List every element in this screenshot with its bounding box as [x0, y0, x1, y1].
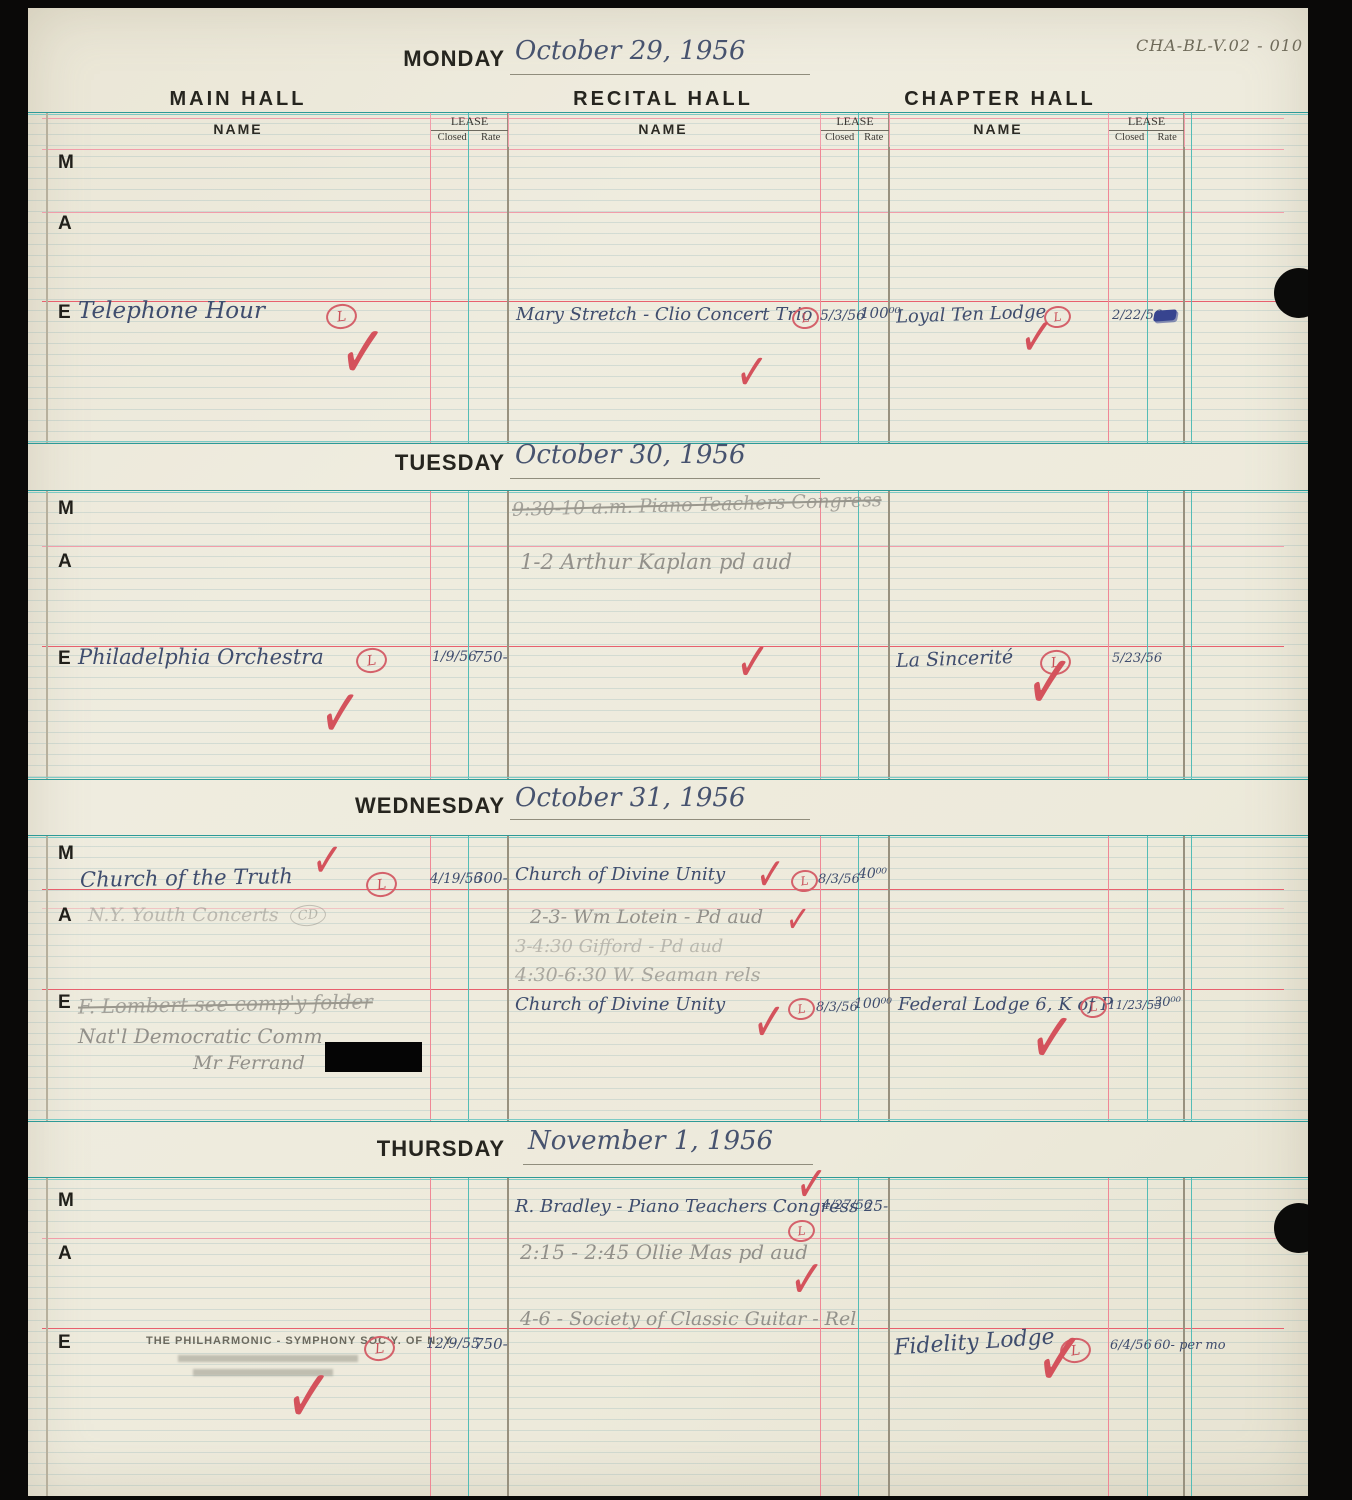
row-label-afternoon: A [58, 213, 72, 235]
red-checkmark: ✓ [1022, 638, 1076, 731]
lease-rate: 25- [864, 1197, 888, 1215]
tuesday-table-grid [28, 490, 1308, 780]
row-label-evening: E [58, 1332, 71, 1354]
entry-recital-evening: Mary Stretch - Clio Concert Trio [516, 304, 812, 325]
column-rule-gray [1183, 113, 1185, 443]
lease-closed-date: 6/4/56 [1110, 1338, 1152, 1353]
column-rule-teal [1147, 1178, 1148, 1496]
ink-scribble [1153, 309, 1177, 322]
struck-entry-main-evening: F. Lombert see comp'y folder [78, 989, 373, 1018]
column-rule-teal [1147, 836, 1148, 1121]
row-label-evening: E [58, 302, 71, 324]
red-checkmark: ✓ [734, 344, 769, 401]
red-checkmark: ✓ [785, 899, 811, 941]
lease-divider [821, 130, 889, 131]
ruled-line [42, 118, 1284, 119]
row-label-afternoon: A [58, 1243, 72, 1265]
closed-label: Closed [431, 132, 473, 143]
redaction-box [325, 1042, 422, 1072]
main-hall-title: MAIN HALL [138, 88, 338, 111]
date-underline [510, 74, 810, 75]
column-rule-red [1108, 113, 1109, 443]
red-checkmark: ✓ [788, 1250, 825, 1310]
ruled-line [42, 989, 1284, 990]
page-reference-number: CHA-BL-V.02 - 010 [1136, 36, 1303, 55]
main-evening-note-2: Mr Ferrand [193, 1052, 305, 1074]
row-label-morning: M [58, 498, 74, 520]
scanned-ledger-page: MONDAY October 29, 1956 CHA-BL-V.02 - 01… [0, 0, 1352, 1500]
rate-label: Rate [858, 132, 889, 143]
column-rule-gray [507, 113, 509, 443]
column-rule-teal [1191, 1178, 1192, 1496]
day-label-monday: MONDAY [308, 46, 505, 72]
lease-header-recital: LEASE Closed Rate [820, 113, 890, 147]
red-checkmark: ✓ [337, 309, 388, 398]
lease-label: LEASE [1109, 114, 1184, 129]
column-rule-teal [468, 491, 469, 779]
recital-afternoon-note-3: 4:30-6:30 W. Seaman rels [515, 964, 760, 986]
column-rule-ltgray [46, 1178, 48, 1496]
column-rule-red [820, 1178, 821, 1496]
lease-label: LEASE [821, 114, 889, 129]
entry-main-evening: Philadelphia Orchestra [78, 645, 324, 669]
lease-rate: 60- per mo [1154, 1338, 1226, 1353]
ruled-line [42, 1238, 1284, 1239]
chapter-hall-title: CHAPTER HALL [900, 88, 1100, 111]
philharmonic-stamp: THE PHILHARMONIC - SYMPHONY SOC'Y. OF N.… [146, 1335, 455, 1347]
column-rule-teal [858, 1178, 859, 1496]
lease-closed-date: 1/9/56 [432, 649, 477, 665]
entry-recital-evening: Church of Divine Unity [515, 994, 725, 1015]
column-rule-teal [858, 491, 859, 779]
recital-mid-note: 4-6 - Society of Classic Guitar - Rel [520, 1308, 856, 1330]
column-rule-teal [858, 113, 859, 443]
column-rule-gray [1183, 1178, 1185, 1496]
ruled-line [42, 546, 1284, 547]
name-header-recital: NAME [563, 121, 763, 137]
name-header-chapter: NAME [898, 121, 1098, 137]
punch-hole-stub [1298, 1220, 1308, 1235]
column-rule-red [430, 113, 431, 443]
entry-recital-morning: Church of Divine Unity [515, 864, 725, 885]
day-label-thursday: THURSDAY [308, 1136, 505, 1162]
lease-rate: 750- [474, 648, 508, 666]
main-evening-note-1: Nat'l Democratic Comm [78, 1024, 323, 1048]
column-rule-red [820, 113, 821, 443]
row-label-morning: M [58, 1190, 74, 1212]
red-checkmark: ✓ [751, 992, 786, 1053]
lease-divider [1109, 130, 1184, 131]
ruled-line [42, 149, 1284, 150]
row-label-evening: E [58, 992, 71, 1014]
lease-header-main: LEASE Closed Rate [430, 113, 509, 147]
ruled-line [42, 212, 1284, 213]
lease-closed-date: 8/3/56 [816, 1000, 858, 1015]
date-underline [523, 1164, 813, 1165]
column-rule-red [1108, 1178, 1109, 1496]
date-underline [510, 819, 810, 820]
lease-rate: 300- [474, 869, 508, 887]
red-checkmark: ✓ [1027, 996, 1077, 1082]
red-checkmark: ✓ [318, 675, 363, 753]
red-checkmark: ✓ [1032, 1315, 1086, 1408]
lease-label: LEASE [431, 114, 508, 129]
entry-recital-afternoon: 2:15 - 2:45 Ollie Mas pd aud [520, 1240, 808, 1264]
lease-divider [431, 130, 508, 131]
red-checkmark: ✓ [1018, 308, 1056, 369]
column-rule-gray [1183, 491, 1185, 779]
lease-closed-date: 8/3/56 [818, 872, 860, 887]
column-rule-red [1108, 836, 1109, 1121]
entry-main-morning: Church of the Truth [80, 864, 293, 892]
entry-main-evening: Telephone Hour [78, 298, 265, 324]
monday-table-grid [28, 112, 1308, 444]
date-underline [510, 478, 820, 479]
entry-chapter-evening: La Sincerité [896, 646, 1014, 672]
column-rule-teal [1191, 491, 1192, 779]
lease-closed-date: 5/23/56 [1112, 651, 1162, 666]
lease-rate: 750- [474, 1335, 508, 1353]
column-rule-teal [1191, 836, 1192, 1121]
punch-hole-stub [1298, 285, 1308, 300]
column-rule-teal [1147, 113, 1148, 443]
date-thursday: November 1, 1956 [528, 1126, 773, 1156]
column-rule-red [1108, 491, 1109, 779]
red-checkmark: ✓ [283, 1353, 334, 1442]
rate-label: Rate [1150, 132, 1184, 143]
column-rule-red [430, 491, 431, 779]
red-checkmark: ✓ [310, 835, 343, 889]
column-rule-gray [507, 491, 509, 779]
column-rule-gray [888, 836, 890, 1121]
red-checkmark: ✓ [755, 850, 786, 900]
column-rule-teal [1191, 113, 1192, 443]
row-label-morning: M [58, 152, 74, 174]
lease-rate: 100⁰⁰ [860, 304, 901, 322]
column-rule-ltgray [46, 491, 48, 779]
lease-closed-date: 5/3/56 [820, 308, 865, 324]
row-label-morning: M [58, 843, 74, 865]
column-rule-gray [888, 491, 890, 779]
row-label-afternoon: A [58, 905, 72, 927]
date-monday: October 29, 1956 [515, 36, 745, 66]
lease-closed-date: 12/9/55 [426, 1336, 480, 1352]
row-label-afternoon: A [58, 551, 72, 573]
name-header-main: NAME [138, 121, 338, 137]
entry-main-afternoon-pencil: N.Y. Youth Concerts [88, 904, 279, 926]
closed-label: Closed [821, 132, 858, 143]
date-wednesday: October 31, 1956 [515, 783, 745, 813]
column-rule-red [820, 491, 821, 779]
column-rule-ltgray [46, 113, 48, 443]
column-rule-teal [468, 113, 469, 443]
entry-recital-afternoon: 1-2 Arthur Kaplan pd aud [520, 550, 792, 574]
day-label-wednesday: WEDNESDAY [308, 793, 505, 819]
lease-header-chapter: LEASE Closed Rate [1108, 113, 1185, 147]
lease-rate: 30⁰⁰ [1154, 995, 1181, 1010]
column-rule-gray [888, 113, 890, 443]
day-label-tuesday: TUESDAY [308, 450, 505, 476]
recital-afternoon-note-2: 3-4:30 Gifford - Pd aud [515, 936, 723, 957]
red-checkmark: ✓ [735, 633, 771, 692]
rate-label: Rate [473, 132, 508, 143]
recital-hall-title: RECITAL HALL [563, 88, 763, 111]
column-rule-gray [888, 1178, 890, 1496]
column-rule-gray [1183, 836, 1185, 1121]
date-tuesday: October 30, 1956 [515, 440, 745, 470]
row-label-evening: E [58, 648, 71, 670]
column-rule-ltgray [46, 836, 48, 1121]
column-rule-teal [1147, 491, 1148, 779]
lease-rate: 40⁰⁰ [858, 866, 887, 882]
recital-afternoon-note-1: 2-3- Wm Lotein - Pd aud [530, 906, 763, 928]
ledger-paper: MONDAY October 29, 1956 CHA-BL-V.02 - 01… [28, 8, 1308, 1496]
lease-rate: 100⁰⁰ [854, 996, 892, 1012]
closed-label: Closed [1109, 132, 1150, 143]
